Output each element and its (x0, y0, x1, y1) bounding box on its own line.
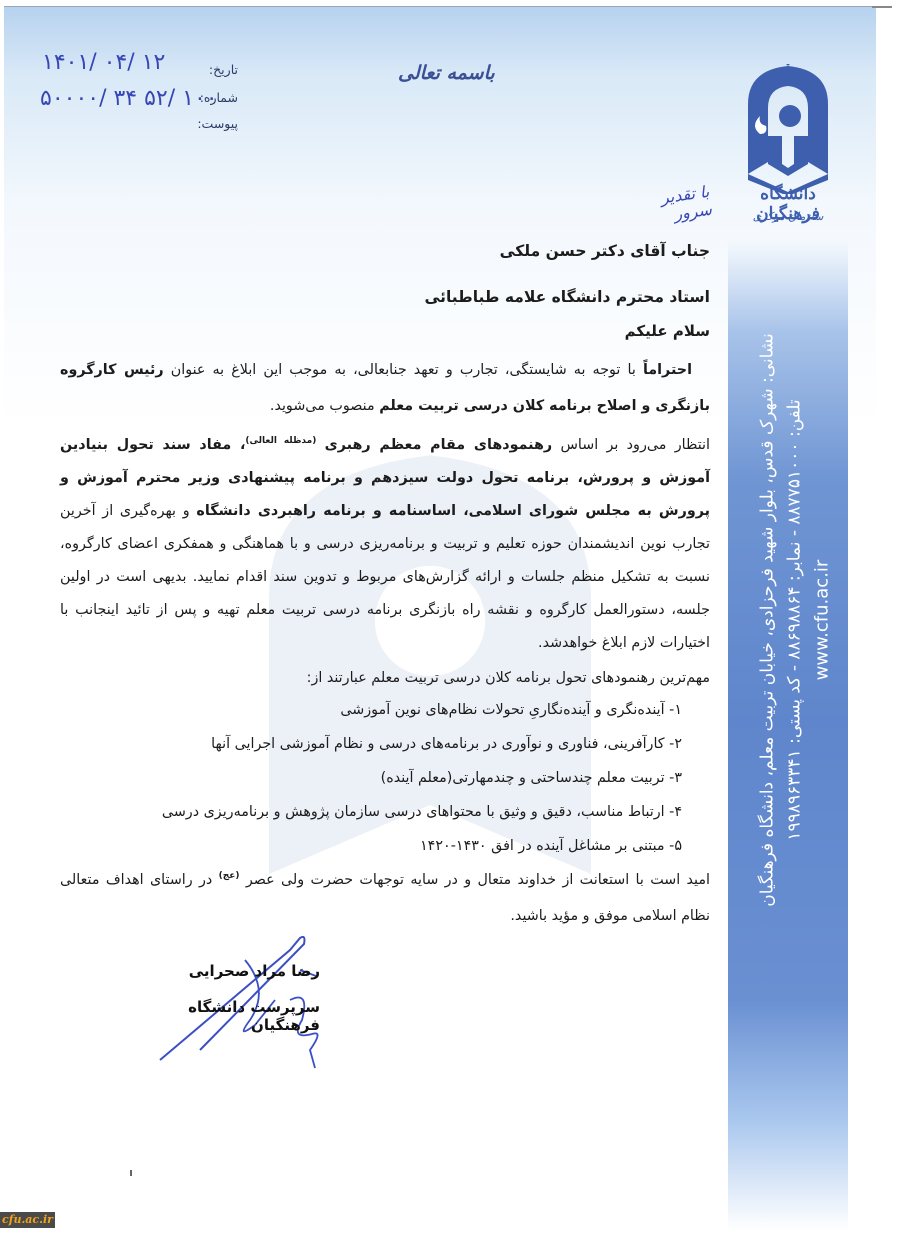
farhangian-university-logo-icon (738, 64, 838, 194)
date-label: تاریخ: (188, 62, 238, 77)
phone-fax-postal-text: تلفن: ۸۸۷۷۵۱۰۰۰ - نمابر: ۸۸۶۹۸۸۶۴ - کد پ… (782, 333, 809, 906)
respect-lead: احتراماً (643, 362, 692, 378)
addressee-name: جناب آقای دکتر حسن ملکی (60, 228, 710, 274)
addressee-block: جناب آقای دکتر حسن ملکی استاد محترم دانش… (60, 228, 710, 320)
expectations-text-1: انتظار می‌رود بر اساس (552, 437, 710, 453)
closing-text-1: امید است با استعانت از خداوند متعال و در… (240, 872, 711, 888)
cfu-website-badge[interactable]: cfu.ac.ir (0, 1212, 55, 1228)
handwritten-letter-number: ۵۰۰۰۰/ ۳۴ ۵۲/ ۱۰۰ (40, 86, 218, 111)
bismillah-heading: باسمه تعالی (398, 62, 495, 84)
page-top-edge (4, 6, 876, 7)
guideline-item: ۱- آینده‌نگری و آینده‌نگاریِ تحولات نظام… (60, 693, 710, 727)
expectations-text-2: و بهره‌گیری از آخرین تجارب نوین اندیشمند… (60, 503, 710, 651)
addressee-title: استاد محترم دانشگاه علامه طباطبائی (60, 274, 710, 320)
signatory-name: رضا مراد صحرایی (140, 962, 320, 980)
appointment-paragraph: احتراماً با توجه به شایستگی، تجارب و تعه… (60, 352, 710, 424)
guideline-item: ۳- تربیت معلم چندساحتی و چندمهارتی(معلم … (60, 761, 710, 795)
expectations-paragraph: انتظار می‌رود بر اساس رهنمودهای مقام معظ… (60, 425, 710, 660)
guideline-item: ۲- کارآفرینی، فناوری و نوآوری در برنامه‌… (60, 727, 710, 761)
guideline-item: ۴- ارتباط مناسب، دقیق و وثیق با محتواهای… (60, 795, 710, 829)
leader-guidelines: رهنمودهای مقام معظم رهبری (325, 437, 553, 453)
scan-speck (130, 1170, 132, 1176)
greeting: سلام علیکم (60, 322, 710, 340)
guidelines-intro: مهم‌ترین رهنمودهای تحول برنامه کلان درسی… (60, 663, 710, 693)
handwritten-date: ۱۴۰۱/ ۰۴/ ۱۲ (42, 50, 165, 75)
website-link[interactable]: www.cfu.ac.ir (809, 333, 836, 906)
closing-paragraph: امید است با استعانت از خداوند متعال و در… (60, 858, 710, 934)
honorific-superscript: (عج) (219, 871, 240, 881)
appointment-text-2: منصوب می‌شوید. (270, 398, 379, 414)
contact-info-vertical: نشانی: شهرک قدس، بلوار شهید فرحزادی، خیا… (755, 333, 836, 906)
guidelines-list: ۱- آینده‌نگری و آینده‌نگاریِ تحولات نظام… (60, 693, 710, 863)
signatory-title: سرپرست دانشگاه فرهنگیان (130, 998, 320, 1034)
attachment-label: پیوست: (188, 116, 238, 131)
address-text: نشانی: شهرک قدس، بلوار شهید فرحزادی، خیا… (755, 333, 782, 906)
handwritten-note: با تقدیر سرور (660, 183, 713, 225)
org-subtitle: سازمان مرکزی (730, 210, 846, 223)
appointment-text-1: با توجه به شایستگی، تجارب و تعهد جنابعال… (164, 362, 643, 378)
honorific-superscript: (مدظله العالی) (245, 436, 316, 446)
scan-corner-mark (872, 6, 892, 8)
